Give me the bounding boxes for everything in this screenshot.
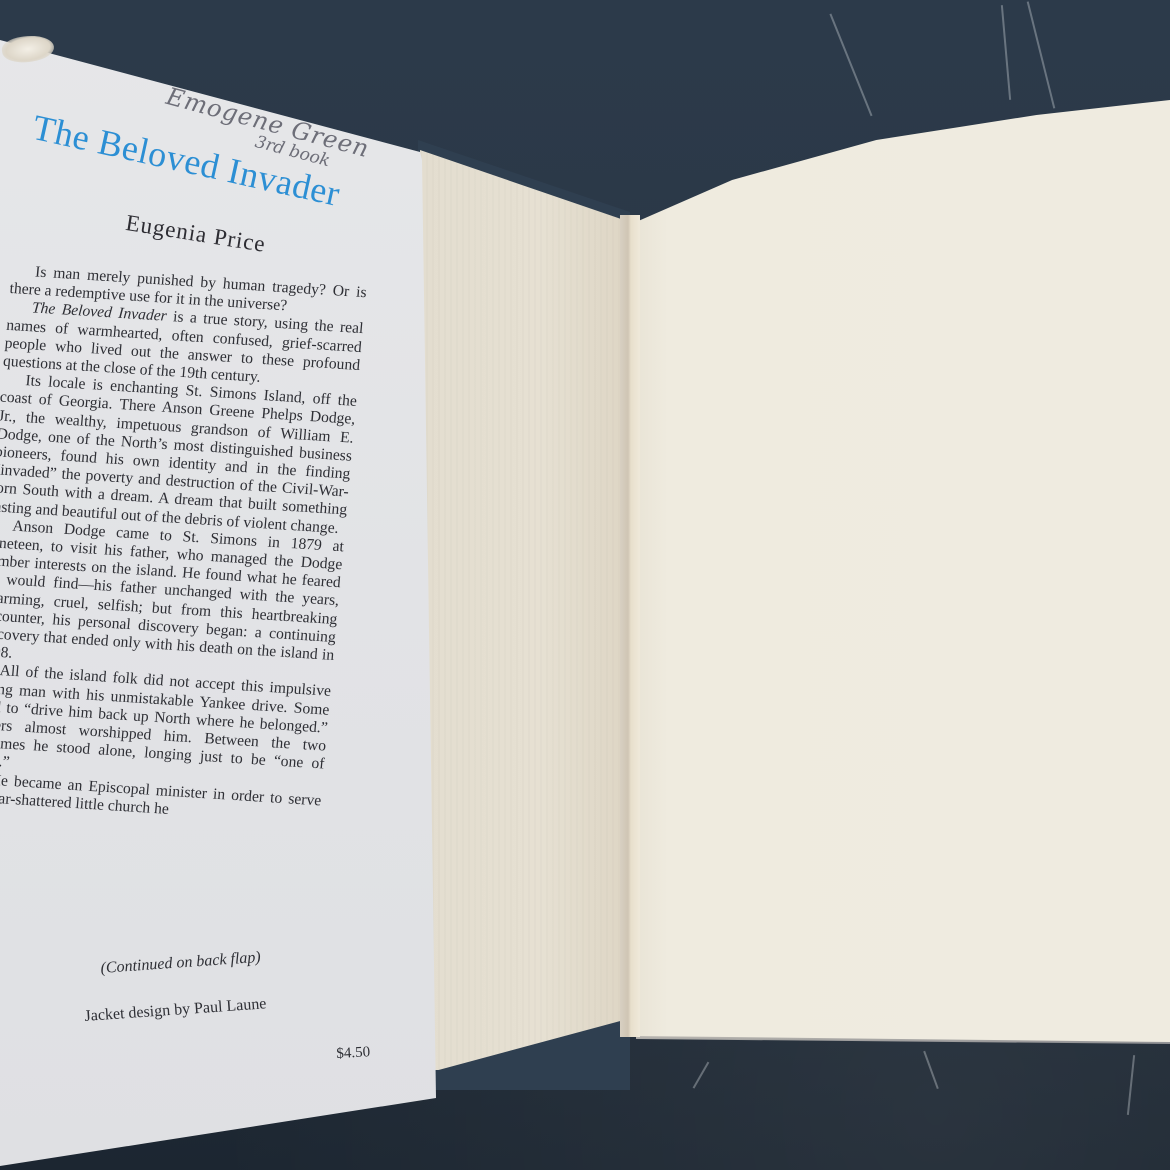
scratch-mark — [693, 1062, 709, 1089]
blurb-paragraph: Its locale is enchanting St. Simons Isla… — [0, 371, 358, 538]
scratch-mark — [923, 1051, 938, 1089]
continued-note: (Continued on back flap) — [100, 949, 261, 978]
price-tag: $4.50 — [336, 1044, 371, 1063]
book-author: Eugenia Price — [124, 210, 268, 258]
scratch-mark — [1127, 1055, 1135, 1115]
scratch-mark — [1001, 5, 1011, 100]
flap-blurb: Is man merely punished by human tragedy?… — [0, 262, 367, 828]
jacket-design-credit: Jacket design by Paul Laune — [84, 995, 267, 1026]
front-endpaper — [420, 150, 624, 1070]
scratch-mark — [829, 14, 872, 117]
flap-text-layer: Emogene Green 3rd book The Beloved Invad… — [0, 0, 440, 1170]
book-gutter — [620, 215, 640, 1037]
blurb-paragraph: All of the island folk did not accept th… — [0, 661, 332, 792]
book-photo: Emogene Green 3rd book The Beloved Invad… — [0, 0, 1170, 1170]
scratch-mark — [1027, 1, 1055, 108]
blurb-paragraph: Anson Dodge came to St. Simons in 1879 a… — [0, 516, 345, 683]
